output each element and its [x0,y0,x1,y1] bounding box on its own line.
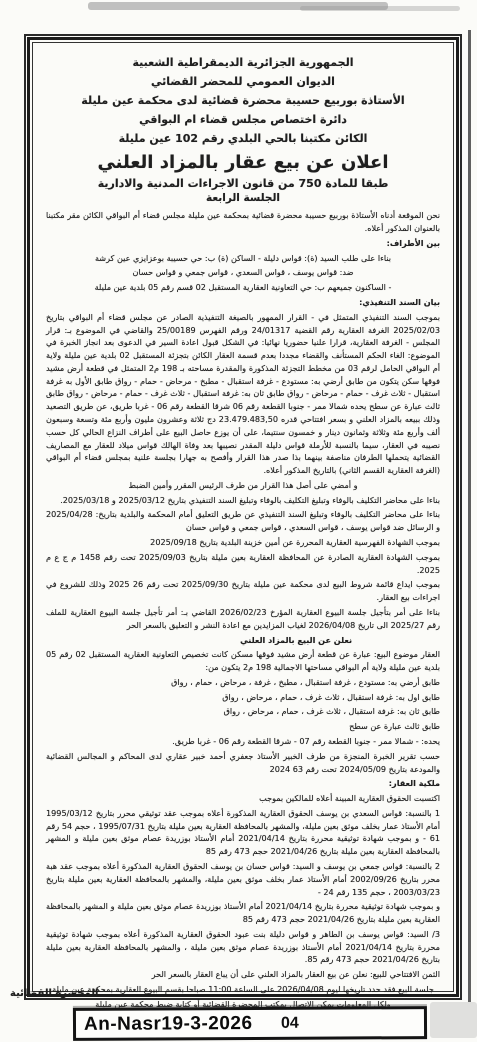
body-paragraph: بموجب ايداع قائمة شروط البيع لدى محكمة ع… [46,578,440,604]
body-paragraph: جلسة البيع فقد حدد تاريخها ليوم 2026/04/… [46,983,440,996]
section-label-ownership: ملكية العقار: [46,777,440,790]
body-paragraph: طابق اول به: غرفة استقبال ، ثلاث غرف ، ح… [46,691,440,704]
session-line: الجلسة الرابعة [46,192,440,204]
body-paragraph: اكتسبت الحقوق العقارية المبينة أعلاه للم… [46,792,440,805]
notice-content: الجمهورية الجزائرية الديمقراطية الشعبية … [33,43,453,991]
body-paragraph: - الساكنون جميعهم ب: حي التعاونية العقار… [46,281,440,294]
publication-footer: An-Nasr19-3-2026 04 [73,1006,427,1041]
body-paragraph: بناءا على محاضر التكليف بالوفاء وتبليغ ا… [46,508,440,534]
body-paragraph: بموجب السند التنفيذي المتمثل في - القرار… [46,311,440,477]
header-line-office: الديوان العمومي للمحضر القضائي [46,74,440,90]
section-label-writ: بيان السند التنفيذي: [46,296,440,309]
body-paragraph: يحده: - شمالا ممر - جنوبا القطعة رقم 07 … [46,735,440,748]
notice-frame-inner: الجمهورية الجزائرية الديمقراطية الشعبية … [32,42,454,992]
body-paragraph: طابق أرضي به: مستودع ، غرفة استقبال ، مط… [46,676,440,689]
page-number: 04 [281,1014,299,1032]
body-paragraph: الثمن الافتتاحي للبيع: نعلن عن بيع العقا… [46,968,440,981]
legal-basis: طبقا للمادة 750 من قانون الاجراءات المدن… [46,177,440,190]
section-label-auction: نعلن عن البيع بالمزاد العلني [46,634,440,647]
body-paragraph: حسب تقرير الخبرة المنجزة من طرف الخبير ا… [46,750,440,776]
body-paragraph: طابق ثان به: غرفة استقبال ، ثلاث غرف ، ح… [46,705,440,718]
letterhead: الجمهورية الجزائرية الديمقراطية الشعبية … [46,55,440,147]
body-paragraph: ضد: قواس يوسف ، قواس السعدي ، قواس جمعي … [46,266,440,279]
notice-frame: الجمهورية الجزائرية الديمقراطية الشعبية … [24,34,462,1000]
body-paragraph: بناءا على طلب السيد (ة): قواس دليلة - ال… [46,252,440,265]
publication-source: An-Nasr19-3-2026 [84,1012,253,1035]
scan-edge-line [468,30,471,1002]
header-line-jurisdiction: دائرة اختصاص مجلس قضاء ام البواقي [46,112,440,128]
notice-body: نحن الموقعة أدناه الأستاذة بوربيع حسيبة … [46,209,440,1025]
notice-frame-mid: الجمهورية الجزائرية الديمقراطية الشعبية … [27,37,459,997]
body-paragraph: و أمضي على أصل هذا القرار من طرف الرئيس … [46,479,440,492]
body-paragraph: 1 بالنسبة: قواس السعدي بن يوسف الحقوق ال… [46,807,440,858]
bailiff-signature: المحضرة القضائية [10,988,98,999]
body-paragraph: العقار موضوع البيع: عبارة عن قطعة أرض مش… [46,648,440,674]
body-paragraph: بموجب الشهادة العقارية الصادرة عن المحاف… [46,551,440,577]
section-label-parties: بين الأطراف: [46,237,440,250]
body-paragraph: 2 بالنسبة: قواس جمعي بن يوسف و السيد: قو… [46,860,440,898]
header-line-republic: الجمهورية الجزائرية الديمقراطية الشعبية [46,55,440,71]
body-paragraph: طابق ثالث عبارة عن سطح [46,720,440,733]
body-paragraph: نحن الموقعة أدناه الأستاذة بوربيع حسيبة … [46,209,440,235]
body-paragraph: بموجب الشهادة الفهرسية العقارية المحررة … [46,536,440,549]
body-paragraph: بناءا على أمر بتأجيل جلسة البيوع العقاري… [46,606,440,632]
body-paragraph: بناءا على محاضر التكليف بالوفاء وتبليغ ا… [46,494,440,507]
header-line-bailiff: الأستاذة بوربيع حسيبة محضرة قضائية لدى م… [46,93,440,109]
scan-smudge [300,6,460,11]
body-paragraph: 3/ السيد: قواس يوسف بن الطاهر و قواس دلي… [46,928,440,966]
header-line-address: الكائن مكتبنا بالحي البلدي رقم 102 عين م… [46,131,440,147]
body-paragraph: و بموجب شهادة توثيقية محررة بتاريخ 2021/… [46,900,440,926]
announcement-title: اعلان عن بيع عقار بالمزاد العلني [46,152,440,174]
